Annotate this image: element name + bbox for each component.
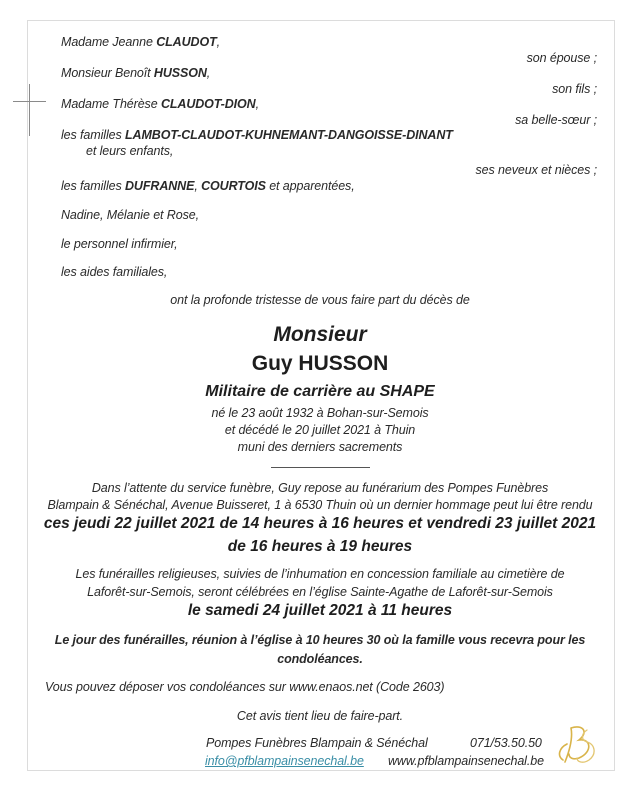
death-info: et décédé le 20 juillet 2021 à Thuin (0, 423, 640, 437)
birth-info: né le 23 août 1932 à Bohan-sur-Semois (0, 406, 640, 420)
mourner-line: Monsieur Benoît HUSSON, (61, 66, 210, 80)
deceased-title: Monsieur (0, 323, 640, 347)
deceased-role: Militaire de carrière au SHAPE (0, 383, 640, 401)
funeral-text: Les funérailles religieuses, suivies de … (0, 567, 640, 581)
mourner-line: Madame Jeanne CLAUDOT, (61, 35, 220, 49)
mourner-line: Madame Thérèse CLAUDOT-DION, (61, 97, 259, 111)
website-link[interactable]: www.pfblampainsenechal.be (388, 754, 544, 768)
mourner-relation: ses neveux et nièces ; (476, 163, 597, 177)
mourner-relation: son épouse ; (527, 51, 597, 65)
mourner-line: les aides familiales, (61, 265, 167, 279)
mourner-relation: sa belle-sœur ; (515, 113, 597, 127)
sacraments-info: muni des derniers sacrements (0, 440, 640, 454)
visitation-text: Blampain & Sénéchal, Avenue Buisseret, 1… (0, 498, 640, 512)
mourner-continuation: et leurs enfants, (86, 144, 173, 158)
mourner-line: les familles DUFRANNE, COURTOIS et appar… (61, 179, 355, 193)
mourner-line: le personnel infirmier, (61, 237, 178, 251)
visitation-dates: de 16 heures à 19 heures (0, 538, 640, 556)
funeral-text: Laforêt-sur-Semois, seront célébrées en … (0, 585, 640, 599)
separator-line (271, 467, 370, 468)
funeral-date: le samedi 24 juillet 2021 à 11 heures (0, 602, 640, 620)
mourner-line: Nadine, Mélanie et Rose, (61, 208, 199, 222)
meeting-text: condoléances. (0, 652, 640, 666)
deceased-name: Guy HUSSON (0, 352, 640, 376)
cross-icon-horizontal (13, 101, 46, 102)
mourner-line: les familles LAMBOT-CLAUDOT-KUHNEMANT-DA… (61, 128, 453, 142)
email-link[interactable]: info@pfblampainsenechal.be (205, 754, 364, 768)
visitation-dates: ces jeudi 22 juillet 2021 de 14 heures à… (0, 515, 640, 533)
notice-text: Cet avis tient lieu de faire-part. (0, 709, 640, 723)
meeting-text: Le jour des funérailles, réunion à l’égl… (0, 633, 640, 647)
condolences-text: Vous pouvez déposer vos condoléances sur… (45, 680, 444, 694)
announcement: ont la profonde tristesse de vous faire … (0, 293, 640, 307)
cross-icon-vertical (29, 84, 30, 136)
visitation-text: Dans l’attente du service funèbre, Guy r… (0, 481, 640, 495)
phone-number: 071/53.50.50 (470, 736, 542, 750)
bs-logo-icon (553, 722, 605, 768)
company-name: Pompes Funèbres Blampain & Sénéchal (206, 736, 428, 750)
mourner-relation: son fils ; (552, 82, 597, 96)
